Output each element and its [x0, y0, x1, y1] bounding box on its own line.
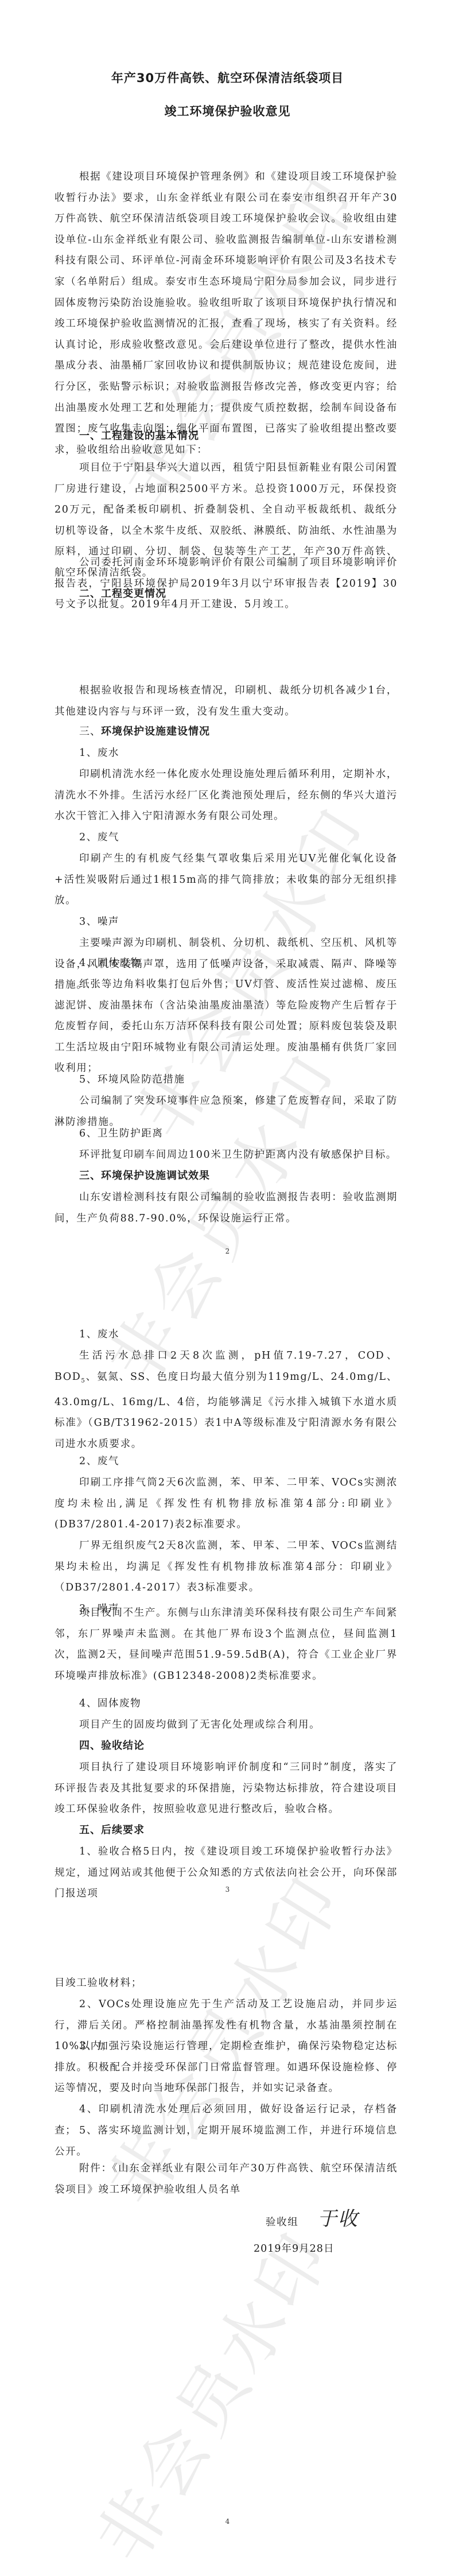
- intro-paragraph: 根据《建设项目环境保护管理条例》和《建设项目竣工环境保护验收暂行办法》要求，山东…: [55, 166, 398, 460]
- section5-heading: 五、后续要求: [79, 1820, 145, 1841]
- s3-item4-title: 4、固体废物: [79, 953, 141, 974]
- section2-para1: 根据验收报告和现场核查情况，印刷机、裁纸分切机各减少1台，其他建设内容与与环评一…: [55, 680, 398, 722]
- document-title-line2: 竣工环境保护验收意见: [0, 102, 455, 119]
- document-title-line1: 年产30万件高铁、航空环保清洁纸袋项目: [0, 69, 455, 86]
- signature-date: 2019年9月28日: [254, 2241, 334, 2255]
- s3b-item1-text: 生活污水总排口2天8次监测，pH值7.19-7.27，COD、BOD5、氨氮、S…: [55, 1345, 398, 1454]
- section5-item3: 3、加强污染设施运行管理，定期检查维护，确保污染物稳定达标排放。积极配合并接受环…: [55, 2036, 398, 2099]
- page-number-1: 1: [0, 598, 455, 606]
- section4-para1: 项目执行了建设项目环境影响评价制度和“三同时”制度，落实了环评报告表及其批复要求…: [55, 1757, 398, 1820]
- s3-item6-title: 6、卫生防护距离: [79, 1123, 163, 1145]
- section3-heading: 三、环境保护设施建设情况: [79, 721, 210, 743]
- section5-item1-part1: 1、验收合格5日内，按《建设项目竣工环境保护验收暂行办法》规定，通过网站或其他便…: [55, 1841, 398, 1904]
- s3-item1-text: 印刷机清洗水经一体化废水处理设施处理后循环利用，定期补水，清洗水不外排。生活污水…: [55, 764, 398, 827]
- page-1: 非会员水印 年产30万件高铁、航空环保清洁纸袋项目 竣工环境保护验收意见 根据《…: [0, 0, 455, 608]
- s3b-item2-title: 2、废气: [79, 1451, 119, 1472]
- s3-item5-title: 5、环境风险防范措施: [79, 1069, 185, 1091]
- attachment-text: 附件：《山东金祥纸业有限公司年产30万件高铁、航空环保清洁纸袋项目》竣工环境保护…: [55, 2158, 398, 2200]
- section5-item5: 5、落实环境监测计划，定期开展环境监测工作，并进行环境信息公开。: [55, 2120, 398, 2162]
- s3b-item3-text: 项目夜间不生产。东侧与山东津清美环保科技有限公司生产车间紧邻，东厂界噪声未监测。…: [55, 1603, 398, 1686]
- s3b-item4-title: 4、固体废物: [79, 1693, 141, 1714]
- s3-item3-title: 3、噪声: [79, 911, 119, 933]
- section3-heading-prefix: 三、: [79, 726, 101, 738]
- s3b-item2-text: 印刷工序排气筒2天6次监测，苯、甲苯、二甲苯、VOCs实测浓度均未检出,满足《挥…: [55, 1472, 398, 1535]
- s3b-item1-title: 1、废水: [79, 1324, 119, 1345]
- section3b-para1: 山东安谱检测科技有限公司编制的验收监测报告表明：验收监测期间，生产负荷88.7-…: [55, 1187, 398, 1229]
- s3-item6-text: 环评批复印刷车间周边100米卫生防护距离内没有敏感保护目标。: [55, 1145, 398, 1166]
- handwritten-signature: 于收: [317, 2203, 359, 2231]
- s3b-item1-text-b: 、氨氮、SS、色度日均最大值分别为119mg/L、24.0mg/L、43.0mg…: [55, 1371, 398, 1450]
- section4-heading: 四、验收结论: [79, 1736, 145, 1757]
- page-2: 非会员水印 根据验收报告和现场核查情况，印刷机、裁纸分切机各减少1台，其他建设内…: [0, 608, 455, 1263]
- s3b-item2-text2: 厂界无组织废气2天8次监测，苯、甲苯、二甲苯、VOCs监测结果均未检出，均满足《…: [55, 1535, 398, 1599]
- page-4: 非会员水印 非会员水印 目竣工验收材料； 2、VOCs处理设施应先于生产活动及工…: [0, 1906, 455, 2576]
- acceptance-group-label: 验收组: [266, 2214, 298, 2229]
- section3-heading-text: 环境保护设施建设情况: [101, 726, 210, 738]
- section5-item1-part2: 目竣工验收材料；: [55, 1973, 398, 1994]
- s3b-item4-text: 项目产生的固废均做到了无害化处理或综合利用。: [55, 1714, 398, 1736]
- s3-item1-title: 1、废水: [79, 743, 119, 764]
- s3-item2-title: 2、废气: [79, 827, 119, 848]
- section3b-heading: 三、环境保护设施调试效果: [79, 1166, 210, 1187]
- page-number-2: 2: [0, 1247, 455, 1255]
- page-number-4: 4: [0, 2517, 455, 2525]
- page-3: 非会员水印 1、废水 生活污水总排口2天8次监测，pH值7.19-7.27，CO…: [0, 1263, 455, 1906]
- section1-heading: 一、工程建设的基本情况: [79, 426, 199, 447]
- s3-item4-text: 纸张等边角料收集打包后外售；UV灯管、废活性炭过滤棉、废压滤泥饼、废油墨抹布（含…: [55, 974, 398, 1079]
- page-number-3: 3: [0, 1886, 455, 1894]
- s3-item2-text: 印刷产生的有机废气经集气罩收集后采用光UV光催化氧化设备+活性炭吸附后通过1根1…: [55, 848, 398, 911]
